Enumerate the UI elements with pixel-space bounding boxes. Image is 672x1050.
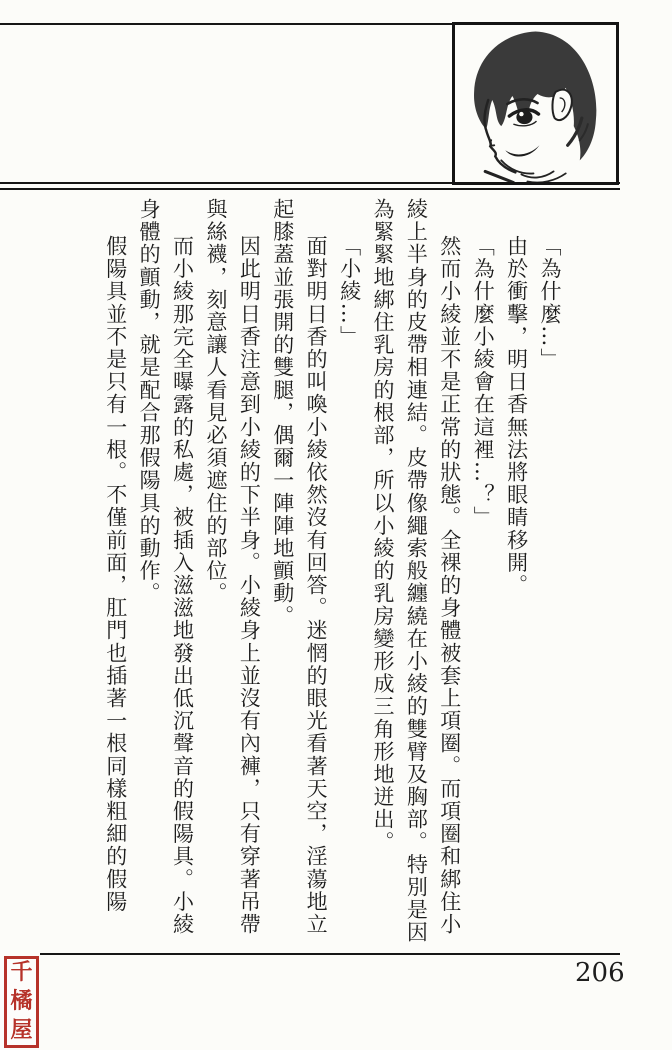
ear-shape	[552, 90, 571, 120]
paragraph-narrative: 由於衝擊，明日香無法將眼睛移開。	[499, 198, 532, 950]
eye-pupil	[516, 110, 532, 124]
page-number: 206	[575, 958, 621, 988]
collar-line	[485, 171, 513, 182]
girl-portrait-illustration	[455, 25, 616, 182]
nose-line	[490, 140, 494, 145]
paragraph-dialogue: 「為什麼小綾會在這裡…？」	[466, 198, 499, 950]
paragraph-narrative: 面對明日香的叫喚小綾依然沒有回答。迷惘的眼光看著天空，淫蕩地立起膝蓋並張開的雙腿…	[265, 198, 332, 950]
publisher-seal: 千 橘 屋	[4, 956, 39, 1048]
mouth-shape	[505, 145, 539, 156]
seal-character: 千	[10, 960, 32, 986]
paragraph-narrative: 假陽具並不是只有一根。不僅前面，肛門也插著一根同樣粗細的假陽	[98, 198, 131, 950]
paragraph-dialogue: 「小綾…」	[332, 198, 365, 950]
paragraph-narrative: 而小綾那完全曝露的私處，被插入滋滋地發出低沉聲音的假陽具。小綾身體的顫動，就是配…	[132, 198, 199, 950]
illustration-box	[452, 22, 619, 185]
neck-line	[521, 171, 553, 177]
paragraph-narrative: 因此明日香注意到小綾的下半身。小綾身上並沒有內褲，只有穿著吊帶與絲襪，刻意讓人看…	[199, 198, 266, 950]
footer-rule	[40, 953, 620, 955]
seal-character: 屋	[10, 1018, 32, 1044]
paragraph-dialogue: 「為什麼…」	[533, 198, 566, 950]
seal-character: 橘	[10, 989, 32, 1015]
book-page: 「為什麼…」 由於衝擊，明日香無法將眼睛移開。 「為什麼小綾會在這裡…？」 然而…	[0, 0, 672, 1050]
eye-highlight	[519, 112, 523, 116]
vertical-text-area: 「為什麼…」 由於衝擊，明日香無法將眼睛移開。 「為什麼小綾會在這裡…？」 然而…	[92, 198, 566, 950]
paragraph-narrative: 然而小綾並不是正常的狀態。全裸的身體被套上項圈。而項圈和綁住小綾上半身的皮帶相連…	[366, 198, 466, 950]
hair-shape	[474, 32, 596, 161]
